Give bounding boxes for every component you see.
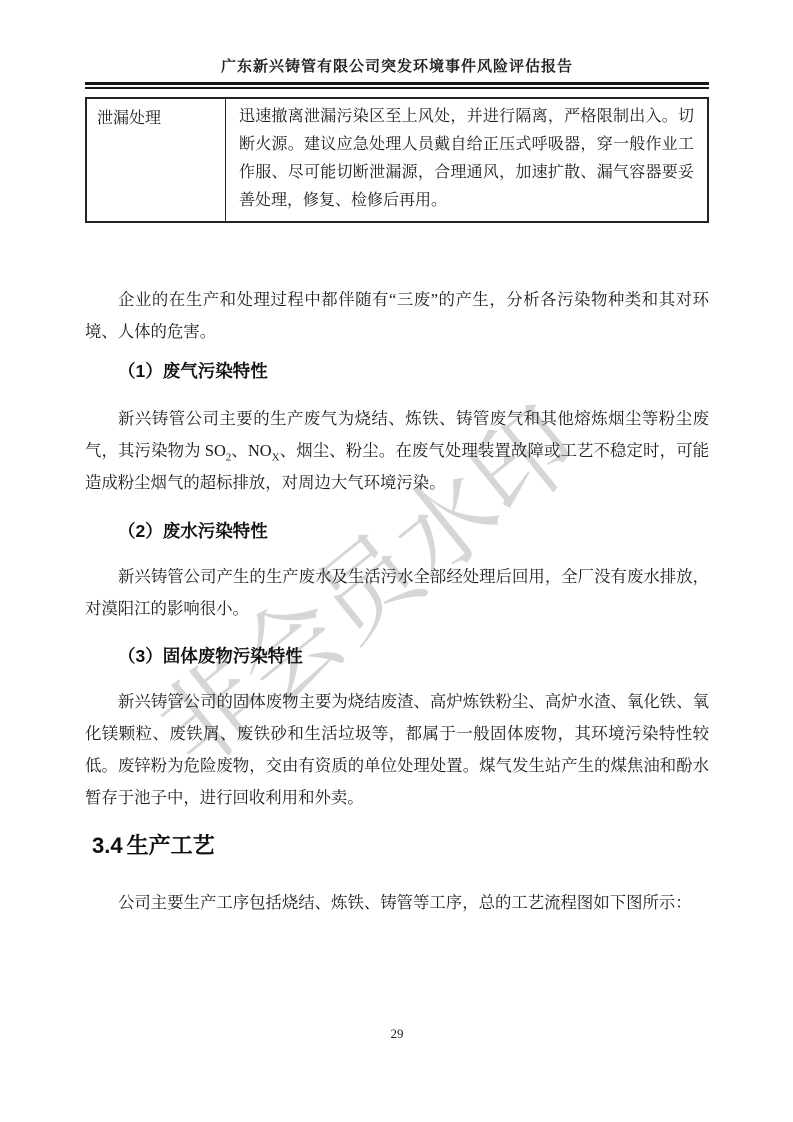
waste-gas-paragraph: 新兴铸管公司主要的生产废气为烧结、炼铁、铸管废气和其他熔炼烟尘等粉尘废气，其污染…: [85, 403, 709, 499]
table-row: 泄漏处理 迅速撤离泄漏污染区至上风处，并进行隔离，严格限制出入。切断火源。建议应…: [86, 98, 708, 222]
solid-waste-heading: （3）固体废物污染特性: [85, 644, 709, 668]
leak-handling-content-cell: 迅速撤离泄漏污染区至上风处，并进行隔离，严格限制出入。切断火源。建议应急处理人员…: [226, 98, 709, 222]
waste-gas-heading: （1）废气污染特性: [85, 359, 709, 383]
intro-paragraph: 企业的在生产和处理过程中都伴随有“三废”的产生，分析各污染物种类和其对环境、人体…: [85, 284, 709, 348]
leak-handling-table: 泄漏处理 迅速撤离泄漏污染区至上风处，并进行隔离，严格限制出入。切断火源。建议应…: [85, 97, 709, 223]
waste-gas-text-part2: 、NO: [231, 441, 271, 460]
header-double-rule: [85, 82, 709, 89]
process-intro-paragraph: 公司主要生产工序包括烧结、炼铁、铸管等工序，总的工艺流程图如下图所示：: [85, 887, 709, 919]
nox-subscript: X: [272, 451, 280, 463]
waste-water-heading: （2）废水污染特性: [85, 519, 709, 543]
page-content: 广东新兴铸管有限公司突发环境事件风险评估报告 泄漏处理 迅速撤离泄漏污染区至上风…: [0, 0, 793, 919]
section-number: 3.4: [92, 833, 123, 858]
leak-handling-label-cell: 泄漏处理: [86, 98, 226, 222]
document-page: 非会员水印 广东新兴铸管有限公司突发环境事件风险评估报告 泄漏处理 迅速撤离泄漏…: [0, 0, 793, 1122]
solid-waste-paragraph: 新兴铸管公司的固体废物主要为烧结废渣、高炉炼铁粉尘、高炉水渣、氧化铁、氧化镁颗粒…: [85, 686, 709, 814]
page-number: 29: [85, 1026, 709, 1042]
report-header-title: 广东新兴铸管有限公司突发环境事件风险评估报告: [85, 57, 709, 77]
production-process-section-heading: 3.4生产工艺: [92, 831, 709, 861]
waste-water-paragraph: 新兴铸管公司产生的生产废水及生活污水全部经处理后回用，全厂没有废水排放，对漠阳江…: [85, 561, 709, 625]
section-title: 生产工艺: [127, 833, 215, 858]
